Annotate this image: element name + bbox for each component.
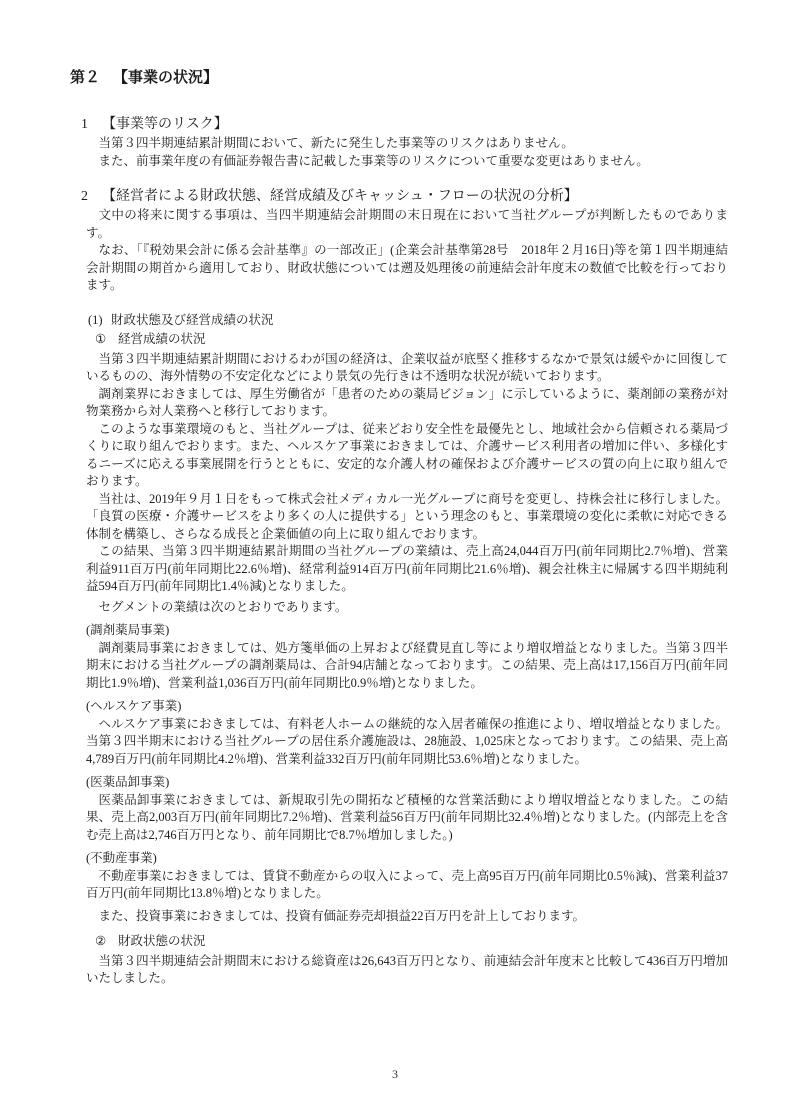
segment-wholesale-heading: (医薬品卸事業) [86,774,728,792]
segment-pharmacy-heading: (調剤薬局事業) [86,622,728,640]
section-analysis-title: 【経営者による財政状態、経営成績及びキャッシュ・フローの状況の分析】 [102,189,578,204]
analysis-paragraph-2: なお、「『税効果会計に係る会計基準』の一部改正」(企業会計基準第28号 2018… [86,242,728,295]
analysis-paragraph-1: 文中の将来に関する事項は、当四半期連結会計期間の末日現在において当社グループが判… [86,207,728,242]
subsection-1-number: (1) [88,312,111,330]
section-risk-number: 1 [81,115,102,135]
item-1-title: 経営成績の状況 [118,332,206,346]
item-2-title: 財政状態の状況 [118,934,206,948]
section-risk-heading: 1【事業等のリスク】 [81,115,728,135]
financial-position-paragraph: 当第３四半期連結会計期間末における総資産は26,643百万円となり、前連結会計年… [86,953,728,988]
item-2-heading: ②財政状態の状況 [95,933,728,951]
page-number: 3 [0,1066,790,1082]
results-paragraph-environment: このような事業環境のもと、当社グループは、従来どおり安全性を最優先とし、地域社会… [86,421,728,491]
segment-realestate: (不動産事業) 不動産事業におきましては、賃貸不動産からの収入によって、売上高9… [70,850,728,925]
page-title-number: 第２ [70,68,113,89]
subsection-1-title: 財政状態及び経営成績の状況 [111,313,274,327]
item-2-number: ② [95,933,118,951]
document-content: 第２【事業の状況】 1【事業等のリスク】 当第３四半期連結累計期間において、新た… [0,0,790,988]
investment-note: また、投資事業におきましては、投資有価証券売却損益22百万円を計上しております。 [86,908,728,926]
document-page: 第２【事業の状況】 1【事業等のリスク】 当第３四半期連結累計期間において、新た… [0,0,790,1118]
risk-paragraph-2: また、前事業年度の有価証券報告書に記載した事業等のリスクについて重要な変更はあり… [86,153,728,171]
results-paragraph-economy: 当第３四半期連結累計期間におけるわが国の経済は、企業収益が底堅く推移するなかで景… [86,351,728,386]
segment-pharmacy-body: 調剤薬局事業におきましては、処方箋単価の上昇および経費見直し等により増収増益とな… [86,640,728,693]
page-title: 第２【事業の状況】 [70,68,728,89]
item-1-heading: ①経営成績の状況 [95,331,728,349]
subsection-1-heading: (1)財政状態及び経営成績の状況 [88,312,728,330]
segment-pharmacy: (調剤薬局事業) 調剤薬局事業におきましては、処方箋単価の上昇および経費見直し等… [70,622,728,692]
risk-paragraph-1: 当第３四半期連結累計期間において、新たに発生した事業等のリスクはありません。 [86,135,728,153]
segment-realestate-heading: (不動産事業) [86,850,728,868]
results-paragraph-figures: この結果、当第３四半期連結累計期間の当社グループの業績は、売上高24,044百万… [86,543,728,596]
section-analysis-heading: 2【経営者による財政状態、経営成績及びキャッシュ・フローの状況の分析】 [81,187,728,207]
section-analysis-number: 2 [81,187,102,207]
page-title-label: 【事業の状況】 [113,70,218,86]
segment-healthcare-heading: (ヘルスケア事業) [86,698,728,716]
segment-lead-sentence: セグメントの業績は次のとおりであります。 [86,599,728,617]
segment-wholesale-body: 医薬品卸事業におきましては、新規取引先の開拓など積極的な営業活動により増収増益と… [86,792,728,845]
results-paragraph-company: 当社は、2019年９月１日をもって株式会社メディカル一光グループに商号を変更し、… [86,491,728,544]
segment-realestate-body: 不動産事業におきましては、賃貸不動産からの収入によって、売上高95百万円(前年同… [86,868,728,903]
segment-healthcare: (ヘルスケア事業) ヘルスケア事業におきましては、有料老人ホームの継続的な入居者… [70,698,728,768]
results-paragraph-industry: 調剤業界におきましては、厚生労働省が「患者のための薬局ビジョン」に示しているよう… [86,386,728,421]
section-risk-title: 【事業等のリスク】 [102,117,228,132]
segment-wholesale: (医薬品卸事業) 医薬品卸事業におきましては、新規取引先の開拓など積極的な営業活… [70,774,728,844]
item-1-number: ① [95,331,118,349]
segment-healthcare-body: ヘルスケア事業におきましては、有料老人ホームの継続的な入居者確保の推進により、増… [86,716,728,769]
